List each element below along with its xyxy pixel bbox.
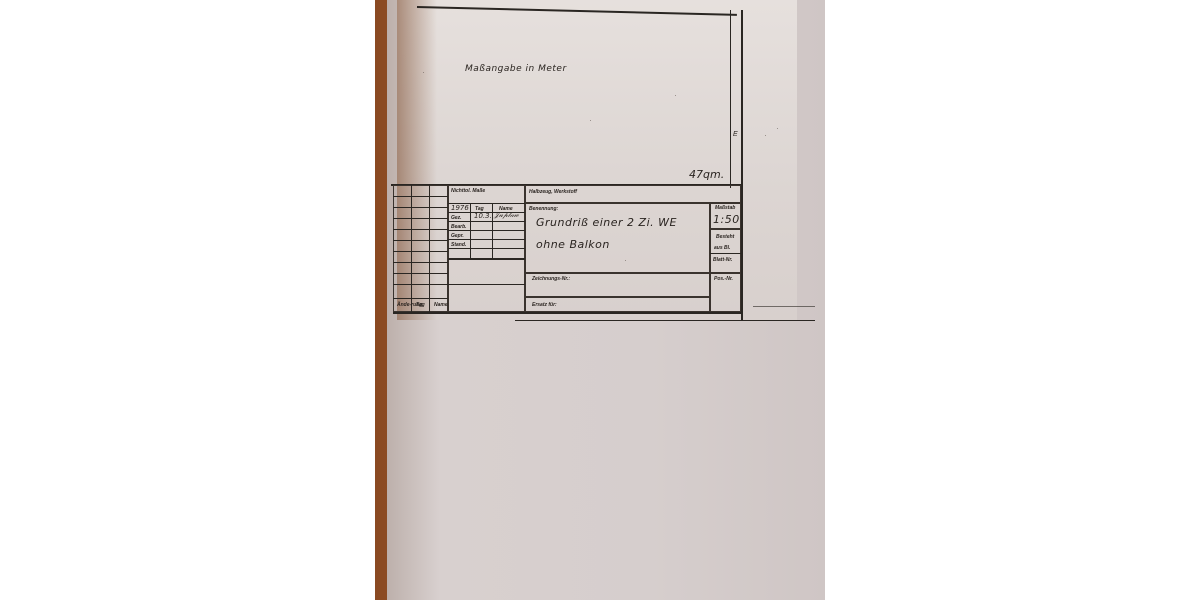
units-note: Maßangabe in Meter [465, 64, 567, 74]
scale-value: 1:50 [713, 213, 740, 226]
ersatz-fuer-label: Ersatz für: [532, 302, 557, 308]
drawing-title-line1: Grundriß einer 2 Zi. WE [536, 216, 677, 229]
nichttol-masse-label: Nichttol. Maße [451, 188, 485, 194]
aus-bl-label: aus Bl. [714, 245, 730, 251]
edge-mark-e: E [733, 131, 738, 138]
sheet-border-right-tick [753, 306, 815, 307]
revision-col-line [429, 185, 430, 312]
title-block-bottom-border [393, 312, 743, 314]
drawing-title-line2: ohne Balkon [536, 238, 610, 251]
row-label-gepr: Gepr. [451, 233, 464, 239]
sheet-border-bottom [515, 320, 815, 321]
signature-year: 1976 [451, 204, 469, 212]
frame-line-outer [741, 10, 743, 320]
massstab-label: Maßstab [715, 205, 735, 211]
revision-row-line [393, 218, 448, 219]
row-label-bearb: Bearb. [451, 224, 467, 230]
frame-line-inner [730, 10, 731, 188]
revision-row-line [393, 196, 448, 197]
row-label-stand: Stand. [451, 242, 466, 248]
blatt-nr-label: Blatt-Nr. [713, 257, 732, 263]
signature-row-line [448, 248, 525, 249]
row-gez-signature: 𝒥𝓊𝓅𝓁𝒶𝓌 [494, 211, 519, 220]
signature-row-line [448, 239, 525, 240]
row-gez-tag: 10.3. [474, 212, 492, 220]
revision-table [393, 185, 448, 312]
revision-row-line [393, 273, 448, 274]
benennung-label: Benennung: [529, 206, 558, 212]
revision-row-line [393, 229, 448, 230]
signature-row-line [448, 221, 525, 222]
revision-row-line [393, 298, 448, 299]
revision-row-line [393, 284, 448, 285]
revision-col-name: Name [434, 302, 448, 308]
blatt-divider [710, 253, 741, 254]
revision-row-line [393, 240, 448, 241]
pos-nr-label: Pos.-Nr. [714, 276, 733, 282]
revision-col-tag: Tag [416, 302, 425, 308]
signature-block-divider [448, 284, 525, 285]
revision-col-line [411, 185, 412, 312]
revision-row-line [393, 207, 448, 208]
zeichnungs-nr-label: Zeichnungs-Nr.: [532, 276, 570, 282]
revision-row-line [393, 251, 448, 252]
handwritten-area: 47qm. [689, 168, 724, 181]
revision-row-line [393, 262, 448, 263]
row-label-gez: Gez. [451, 215, 462, 221]
signature-table-bottom [448, 258, 525, 260]
document-photo: Maßangabe in Meter E 47qm. Ände-rung Tag… [375, 0, 825, 600]
signature-row-line [448, 230, 525, 231]
besteht-label: Besteht [716, 234, 734, 240]
werkstoff-label: Halbzeug, Werkstoff [529, 189, 577, 195]
